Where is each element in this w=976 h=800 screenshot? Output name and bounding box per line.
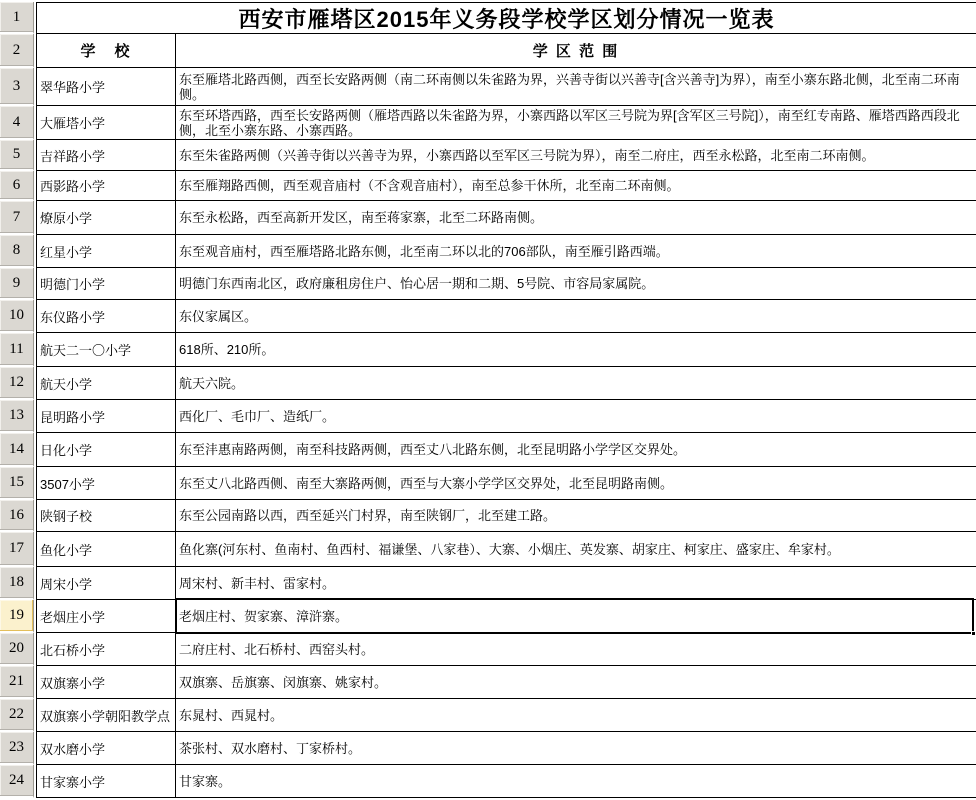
school-name-cell[interactable]: 甘家寨小学 (37, 765, 176, 797)
district-range-cell[interactable]: 周宋村、新丰村、雷家村。 (176, 567, 976, 599)
row-header-12[interactable]: 12 (0, 367, 34, 400)
row-header-1[interactable]: 1 (0, 2, 34, 34)
school-name-cell[interactable]: 明德门小学 (37, 268, 176, 299)
row-header-23[interactable]: 23 (0, 732, 34, 765)
row-header-18[interactable]: 18 (0, 567, 34, 600)
row-header-5[interactable]: 5 (0, 140, 34, 171)
district-range-cell[interactable]: 二府庄村、北石桥村、西窑头村。 (176, 633, 976, 665)
row-header-3[interactable]: 3 (0, 68, 34, 106)
table-title-cell[interactable]: 西安市雁塔区2015年义务段学校学区划分情况一览表 (37, 3, 976, 34)
row-header-2[interactable]: 2 (0, 34, 34, 68)
table-row: 鱼化小学 鱼化寨(河东村、鱼南村、鱼西村、福谦堡、八家巷）、大寨、小烟庄、英发寨… (37, 532, 976, 567)
district-range-cell[interactable]: 东至雁塔北路西侧，西至长安路两侧（南二环南侧以朱雀路为界，兴善寺街以兴善寺[含兴… (176, 68, 976, 105)
row-header-16[interactable]: 16 (0, 500, 34, 532)
school-name-cell[interactable]: 日化小学 (37, 433, 176, 466)
column-header-row: 学 校 学 区 范 围 (37, 34, 976, 68)
school-name-cell[interactable]: 鱼化小学 (37, 532, 176, 566)
school-name-cell[interactable]: 东仪路小学 (37, 300, 176, 332)
column-header-range[interactable]: 学 区 范 围 (176, 34, 976, 67)
district-range-cell[interactable]: 东至丈八北路西侧、南至大寨路两侧，西至与大寨小学学区交界处，北至昆明路南侧。 (176, 467, 976, 499)
row-header-7[interactable]: 7 (0, 201, 34, 235)
school-name-cell[interactable]: 吉祥路小学 (37, 140, 176, 170)
district-range-cell[interactable]: 双旗寨、岳旗寨、闵旗寨、姚家村。 (176, 666, 976, 698)
row-header-8[interactable]: 8 (0, 235, 34, 268)
school-name-cell[interactable]: 双旗寨小学朝阳教学点 (37, 699, 176, 731)
spreadsheet-screen: 123456789101112131415161718192021222324 … (0, 0, 976, 800)
district-range-cell[interactable]: 东至沣惠南路两侧，南至科技路两侧，西至丈八北路东侧，北至昆明路小学学区交界处。 (176, 433, 976, 466)
table-row: 航天小学 航天六院。 (37, 367, 976, 400)
district-range-cell[interactable]: 老烟庄村、贺家寨、漳浒寨。 (176, 600, 976, 632)
table-row: 陕钢子校 东至公园南路以西，西至延兴门村界，南至陕钢厂，北至建工路。 (37, 500, 976, 532)
school-name-cell[interactable]: 航天二一〇小学 (37, 333, 176, 366)
table-row: 燎原小学 东至永松路，西至高新开发区，南至蒋家寨，北至二环路南侧。 (37, 201, 976, 235)
school-name-cell[interactable]: 周宋小学 (37, 567, 176, 599)
school-name-cell[interactable]: 航天小学 (37, 367, 176, 399)
table-row: 周宋小学 周宋村、新丰村、雷家村。 (37, 567, 976, 600)
district-range-cell[interactable]: 明德门东西南北区，政府廉租房住户、怡心居一期和二期、5号院、市容局家属院。 (176, 268, 976, 299)
school-name-cell[interactable]: 3507小学 (37, 467, 176, 499)
table-row: 3507小学 东至丈八北路西侧、南至大寨路两侧，西至与大寨小学学区交界处，北至昆… (37, 467, 976, 500)
row-header-10[interactable]: 10 (0, 300, 34, 333)
row-header-6[interactable]: 6 (0, 171, 34, 201)
school-name-cell[interactable]: 翠华路小学 (37, 68, 176, 105)
school-name-cell[interactable]: 西影路小学 (37, 171, 176, 200)
table-body: 翠华路小学 东至雁塔北路西侧，西至长安路两侧（南二环南侧以朱雀路为界，兴善寺街以… (37, 68, 976, 798)
table-row: 吉祥路小学 东至朱雀路两侧（兴善寺街以兴善寺为界，小寨西路以至军区三号院为界），… (37, 140, 976, 171)
page-title: 西安市雁塔区2015年义务段学校学区划分情况一览表 (239, 3, 775, 34)
district-range-cell[interactable]: 东至朱雀路两侧（兴善寺街以兴善寺为界，小寨西路以至军区三号院为界），南至二府庄，… (176, 140, 976, 170)
table-row: 老烟庄小学 老烟庄村、贺家寨、漳浒寨。 (37, 600, 976, 633)
table-row: 日化小学 东至沣惠南路两侧，南至科技路两侧，西至丈八北路东侧，北至昆明路小学学区… (37, 433, 976, 467)
table-row: 红星小学 东至观音庙村，西至雁塔路北路东侧，北至南二环以北的706部队，南至雁引… (37, 235, 976, 268)
table-row: 翠华路小学 东至雁塔北路西侧，西至长安路两侧（南二环南侧以朱雀路为界，兴善寺街以… (37, 68, 976, 106)
cell-selection-border (175, 598, 974, 634)
table-row: 双水磨小学 茶张村、双水磨村、丁家桥村。 (37, 732, 976, 765)
table-row: 西影路小学 东至雁翔路西侧，西至观音庙村（不含观音庙村），南至总参干休所，北至南… (37, 171, 976, 201)
table-row: 双旗寨小学 双旗寨、岳旗寨、闵旗寨、姚家村。 (37, 666, 976, 699)
row-header-15[interactable]: 15 (0, 467, 34, 500)
district-range-cell[interactable]: 东晁村、西晁村。 (176, 699, 976, 731)
row-header-13[interactable]: 13 (0, 400, 34, 433)
table-row: 北石桥小学 二府庄村、北石桥村、西窑头村。 (37, 633, 976, 666)
row-header-17[interactable]: 17 (0, 532, 34, 567)
district-range-cell[interactable]: 东至观音庙村，西至雁塔路北路东侧，北至南二环以北的706部队，南至雁引路西端。 (176, 235, 976, 267)
district-range-cell[interactable]: 东至环塔西路，西至长安路两侧（雁塔西路以朱雀路为界，小寨西路以军区三号院为界[含… (176, 106, 976, 139)
school-name-cell[interactable]: 陕钢子校 (37, 500, 176, 531)
table-row: 明德门小学 明德门东西南北区，政府廉租房住户、怡心居一期和二期、5号院、市容局家… (37, 268, 976, 300)
row-header-24[interactable]: 24 (0, 765, 34, 798)
district-range-cell[interactable]: 茶张村、双水磨村、丁家桥村。 (176, 732, 976, 764)
school-district-table: 西安市雁塔区2015年义务段学校学区划分情况一览表 学 校 学 区 范 围 翠华… (36, 2, 976, 798)
row-header-9[interactable]: 9 (0, 268, 34, 300)
row-header-19[interactable]: 19 (0, 600, 34, 633)
school-name-cell[interactable]: 燎原小学 (37, 201, 176, 234)
table-row: 昆明路小学 西化厂、毛巾厂、造纸厂。 (37, 400, 976, 433)
district-range-cell[interactable]: 甘家寨。 (176, 765, 976, 797)
table-row: 航天二一〇小学 618所、210所。 (37, 333, 976, 367)
school-name-cell[interactable]: 大雁塔小学 (37, 106, 176, 139)
district-range-cell[interactable]: 鱼化寨(河东村、鱼南村、鱼西村、福谦堡、八家巷）、大寨、小烟庄、英发寨、胡家庄、… (176, 532, 976, 566)
row-header-4[interactable]: 4 (0, 106, 34, 140)
district-range-cell[interactable]: 东至公园南路以西，西至延兴门村界，南至陕钢厂，北至建工路。 (176, 500, 976, 531)
table-row: 双旗寨小学朝阳教学点 东晁村、西晁村。 (37, 699, 976, 732)
row-header-14[interactable]: 14 (0, 433, 34, 467)
table-row: 大雁塔小学 东至环塔西路，西至长安路两侧（雁塔西路以朱雀路为界，小寨西路以军区三… (37, 106, 976, 140)
school-name-cell[interactable]: 老烟庄小学 (37, 600, 176, 632)
school-name-cell[interactable]: 红星小学 (37, 235, 176, 267)
school-name-cell[interactable]: 昆明路小学 (37, 400, 176, 432)
district-range-cell[interactable]: 618所、210所。 (176, 333, 976, 366)
row-header-22[interactable]: 22 (0, 699, 34, 732)
district-range-cell[interactable]: 东仪家属区。 (176, 300, 976, 332)
row-header-11[interactable]: 11 (0, 333, 34, 367)
row-header-20[interactable]: 20 (0, 633, 34, 666)
row-header-column: 123456789101112131415161718192021222324 (0, 2, 36, 798)
school-name-cell[interactable]: 双水磨小学 (37, 732, 176, 764)
district-range-cell[interactable]: 东至永松路，西至高新开发区，南至蒋家寨，北至二环路南侧。 (176, 201, 976, 234)
district-range-cell[interactable]: 东至雁翔路西侧，西至观音庙村（不含观音庙村），南至总参干休所，北至南二环南侧。 (176, 171, 976, 200)
row-header-21[interactable]: 21 (0, 666, 34, 699)
district-range-cell[interactable]: 西化厂、毛巾厂、造纸厂。 (176, 400, 976, 432)
table-row: 东仪路小学 东仪家属区。 (37, 300, 976, 333)
column-header-school[interactable]: 学 校 (37, 34, 176, 67)
school-name-cell[interactable]: 双旗寨小学 (37, 666, 176, 698)
district-range-cell[interactable]: 航天六院。 (176, 367, 976, 399)
table-row: 甘家寨小学 甘家寨。 (37, 765, 976, 798)
school-name-cell[interactable]: 北石桥小学 (37, 633, 176, 665)
